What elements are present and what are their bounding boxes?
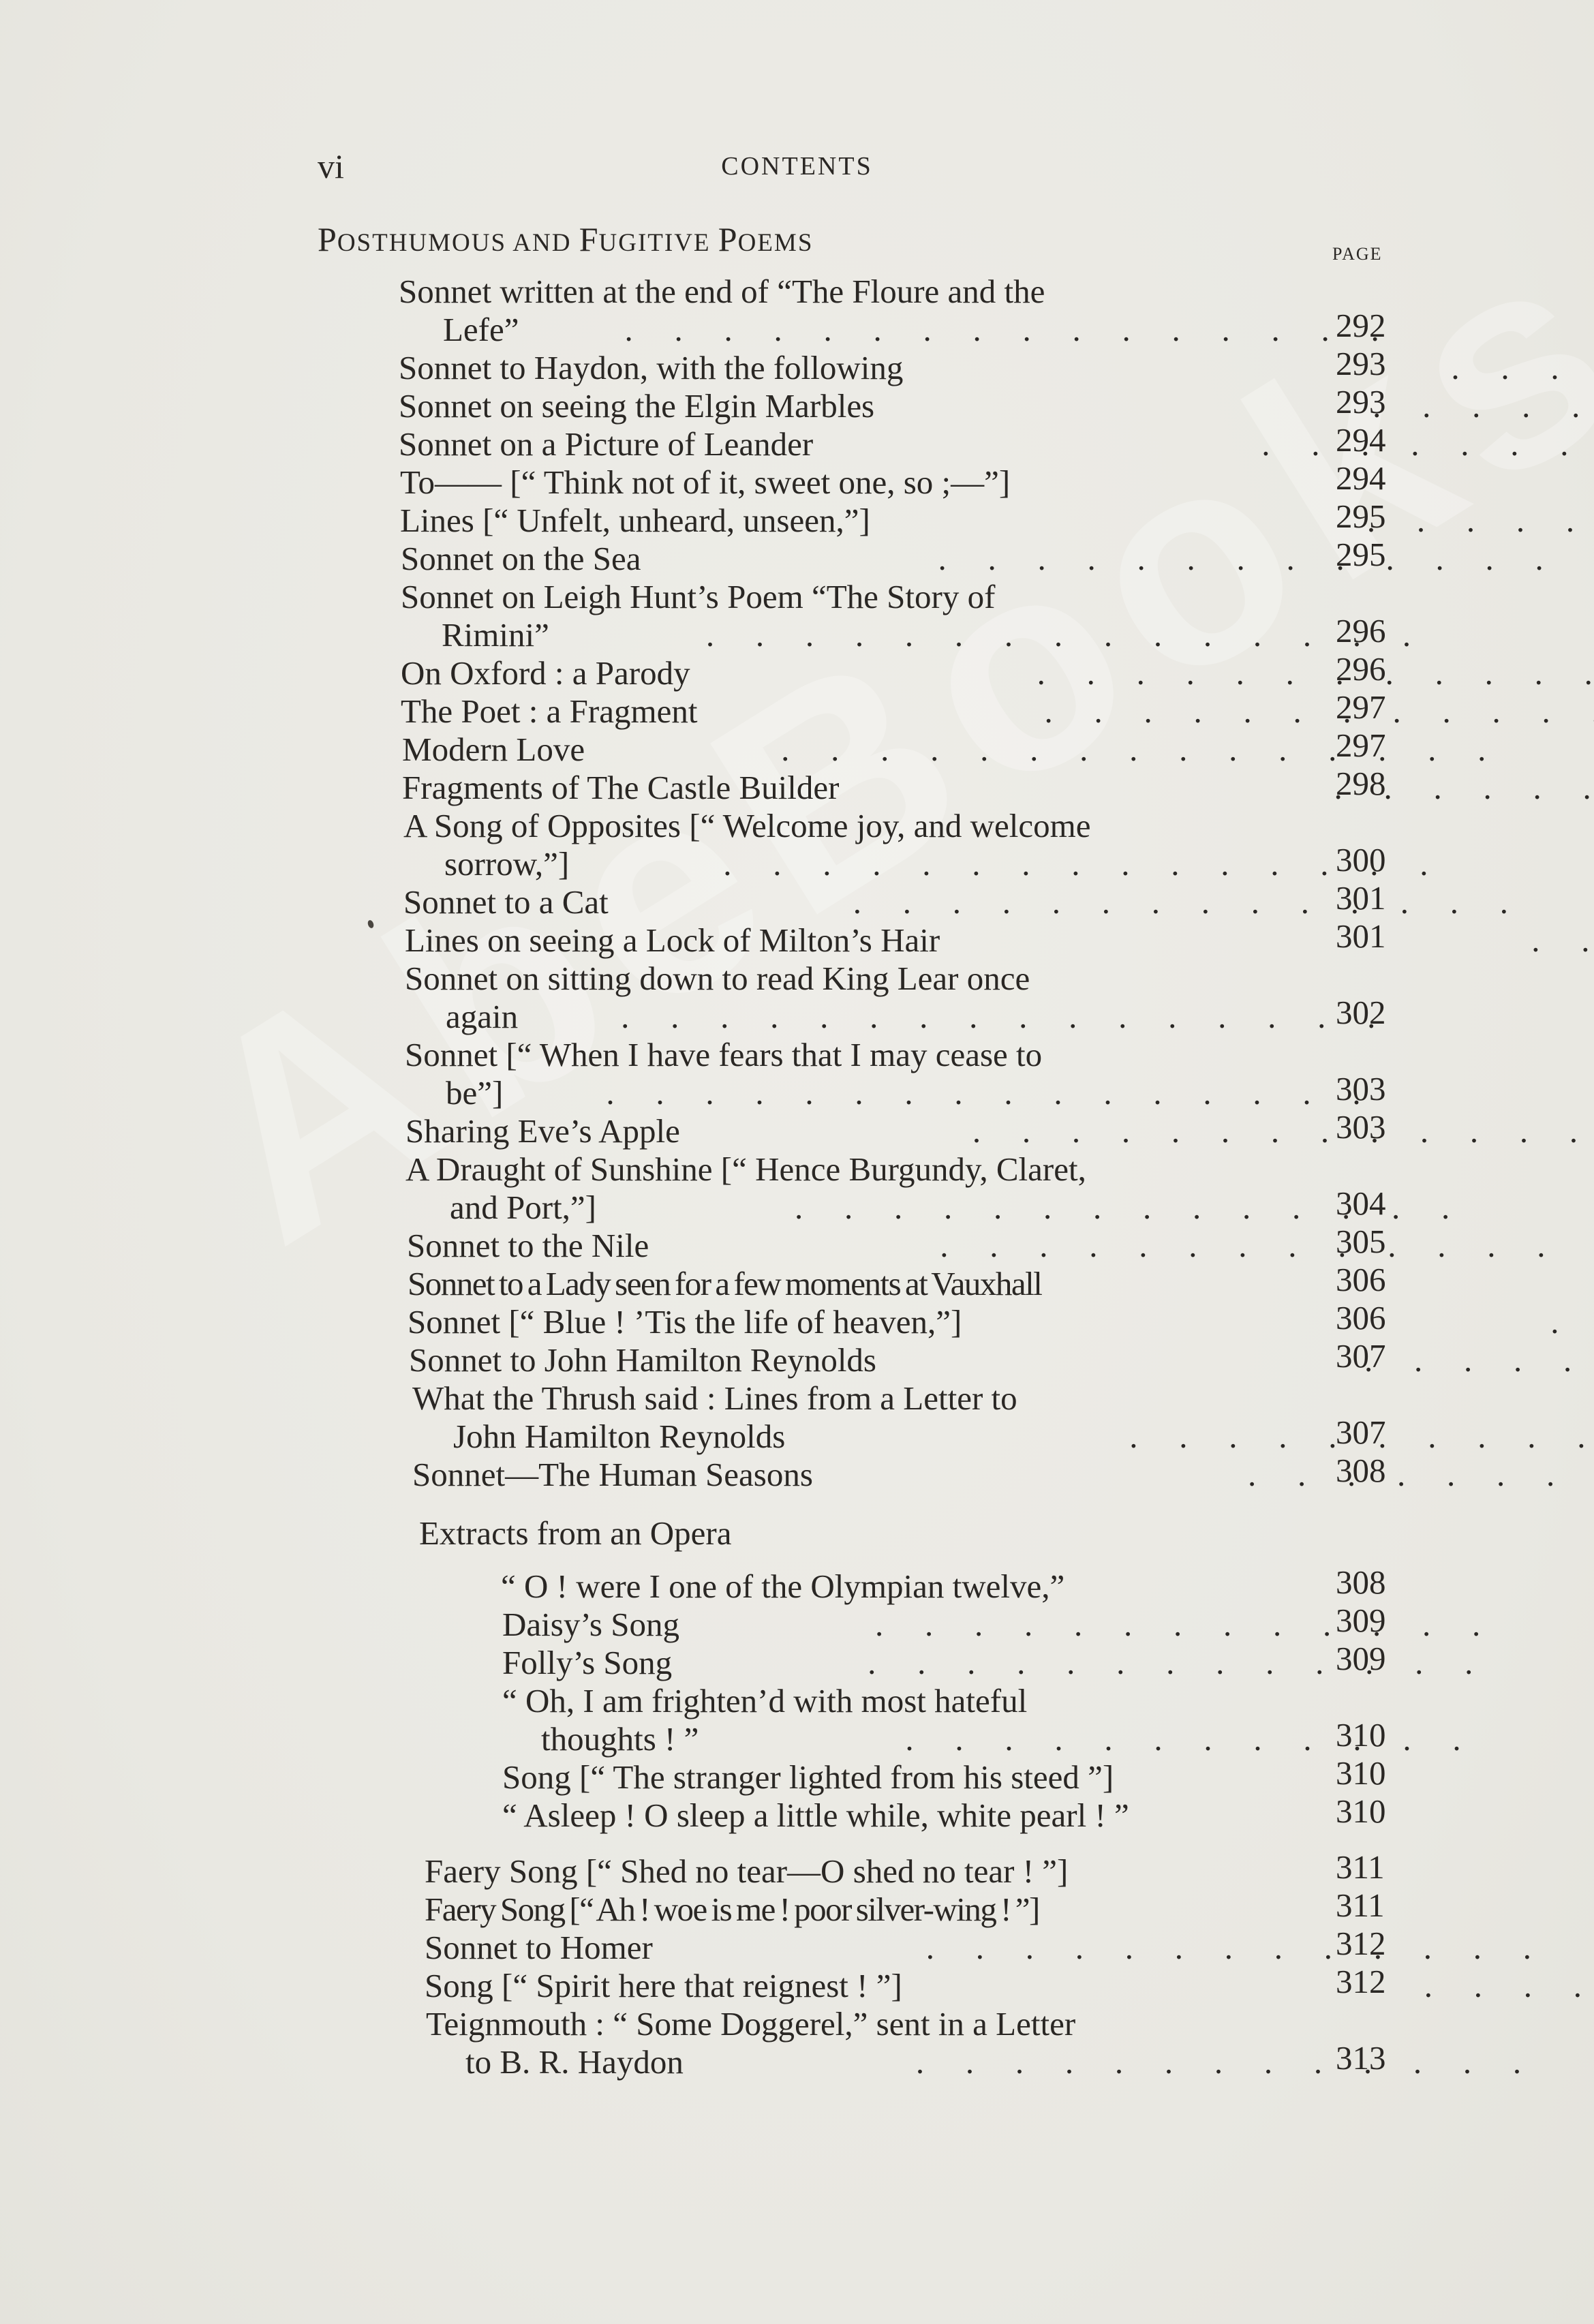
heading-part: P: [718, 220, 738, 258]
toc-entry-continuation: sorrow,”]...............: [444, 845, 569, 883]
toc-page-number: 308: [1336, 1452, 1386, 1490]
toc-entry-title: Sonnet to a Cat..............: [403, 883, 609, 921]
toc-page-number: 309: [1336, 1602, 1386, 1640]
toc-page-number: 301: [1336, 917, 1386, 955]
toc-entry-title: Song [“ Spirit here that reignest ! ”]..…: [425, 1967, 902, 2005]
toc-page-number: 298: [1336, 765, 1386, 803]
toc-entry-title: Sonnet [“ When I have fears that I may c…: [405, 1036, 1042, 1074]
toc-page-number: 313: [1336, 2039, 1386, 2077]
toc-page-number: 303: [1336, 1070, 1386, 1108]
toc-page-number: 310: [1336, 1716, 1386, 1754]
toc-page-number: 306: [1336, 1261, 1386, 1299]
toc-entry-title: Daisy’s Song.............: [502, 1606, 679, 1644]
toc-page-number: 292: [1336, 307, 1386, 345]
toc-entry-title: Sonnet to Haydon, with the following....…: [399, 349, 903, 387]
toc-page-number: 308: [1336, 1563, 1386, 1602]
ink-speck: [367, 919, 375, 929]
toc-entry-title: Sonnet—The Human Seasons..........: [412, 1456, 813, 1494]
toc-page-number: 297: [1336, 688, 1386, 727]
toc-entry-title: Faery Song [“ Shed no tear—O shed no tea…: [425, 1852, 1068, 1891]
toc-entry-title: The Poet : a Fragment............: [401, 692, 697, 731]
toc-page-number: 311: [1336, 1886, 1385, 1925]
toc-page-number: 295: [1336, 536, 1386, 574]
toc-page-number: 312: [1336, 1963, 1386, 2001]
toc-entry-title: A Song of Opposites [“ Welcome joy, and …: [403, 807, 1091, 845]
toc-page-number: 293: [1336, 383, 1386, 421]
toc-page-number: 300: [1336, 841, 1386, 879]
toc-page-number: 309: [1336, 1640, 1386, 1678]
toc-entry-continuation: to B. R. Haydon.............: [465, 2043, 684, 2081]
toc-page-number: 306: [1336, 1299, 1386, 1337]
toc-entry-continuation: be”]................: [446, 1074, 503, 1112]
toc-page-number: 307: [1336, 1413, 1386, 1452]
toc-entry-title: Sonnet on the Sea.............: [401, 540, 641, 578]
toc-page-number: 296: [1336, 650, 1386, 688]
toc-entry-title: Lines [“ Unfelt, unheard, unseen,”].....…: [400, 502, 870, 540]
book-page: AbeBooks vi CONTENTS POSTHUMOUS AND FUGI…: [0, 0, 1594, 2324]
toc-page-number: 312: [1336, 1925, 1386, 1963]
toc-entry-continuation: thoughts ! ”............: [541, 1720, 699, 1758]
page-column-label: PAGE: [1332, 244, 1383, 264]
toc-entry-continuation: Lefe”................: [443, 311, 519, 349]
heading-part: F: [579, 220, 599, 258]
toc-page-number: 311: [1336, 1848, 1385, 1886]
toc-entry-continuation: John Hamilton Reynolds...........: [453, 1418, 785, 1456]
toc-page-number: 304: [1336, 1184, 1386, 1223]
heading-part: P: [318, 220, 337, 258]
heading-part: UGITIVE: [599, 229, 718, 257]
subsection-heading-opera: Extracts from an Opera: [419, 1514, 732, 1553]
toc-page-number: 295: [1336, 498, 1386, 536]
toc-entry-title: Sonnet to the Nile.............: [407, 1227, 649, 1265]
toc-entry-title: Sonnet on sitting down to read King Lear…: [405, 960, 1030, 998]
toc-entry-title: Lines on seeing a Lock of Milton’s Hair.…: [405, 921, 940, 960]
heading-part: OSTHUMOUS AND: [337, 229, 579, 257]
toc-entry-title: A Draught of Sunshine [“ Hence Burgundy,…: [405, 1150, 1086, 1189]
toc-page-number: 305: [1336, 1223, 1386, 1261]
toc-page-number: 296: [1336, 612, 1386, 650]
toc-entry-title: Sonnet to Homer.............: [425, 1929, 653, 1967]
toc-entry-title: Song [“ The stranger lighted from his st…: [502, 1758, 1114, 1796]
toc-entry-title: Sonnet on a Picture of Leander..........: [399, 425, 813, 463]
toc-entry-title: Sonnet written at the end of “The Floure…: [399, 273, 1045, 311]
toc-page-number: 307: [1336, 1337, 1386, 1375]
toc-entry-title: Folly’s Song.............: [502, 1644, 672, 1682]
toc-page-number: 294: [1336, 421, 1386, 459]
toc-entry-continuation: Rimini”...............: [442, 616, 549, 654]
toc-entry-title: “ Asleep ! O sleep a little while, white…: [502, 1796, 1129, 1835]
toc-page-number: 310: [1336, 1754, 1386, 1792]
toc-page-number: 301: [1336, 879, 1386, 917]
toc-entry-title: Fragments of The Castle Builder.........: [402, 769, 839, 807]
toc-entry-title: Sharing Eve’s Apple.............: [405, 1112, 680, 1150]
section-heading: POSTHUMOUS AND FUGITIVE POEMS: [318, 219, 813, 259]
toc-page-number: 302: [1336, 994, 1386, 1032]
toc-entry-title: On Oxford : a Parody............: [401, 654, 690, 692]
toc-entry-title: “ Oh, I am frighten’d with most hateful: [502, 1682, 1027, 1720]
toc-entry-title: Sonnet to John Hamilton Reynolds........…: [409, 1341, 876, 1379]
toc-entry-title: Sonnet [“ Blue ! ’Tis the life of heaven…: [408, 1303, 962, 1341]
toc-entry-continuation: again................: [446, 998, 518, 1036]
running-head: CONTENTS: [0, 151, 1594, 181]
toc-entry-title: Teignmouth : “ Some Doggerel,” sent in a…: [426, 2005, 1075, 2043]
toc-entry-title: To—— [“ Think not of it, sweet one, so ;…: [400, 463, 1010, 502]
toc-page-number: 293: [1336, 345, 1386, 383]
toc-entry-title: Modern Love...............: [402, 731, 585, 769]
toc-entry-title: Sonnet on Leigh Hunt’s Poem “The Story o…: [401, 578, 995, 616]
toc-entry-title: What the Thrush said : Lines from a Lett…: [412, 1379, 1017, 1418]
toc-entry-title: Sonnet to a Lady seen for a few moments …: [408, 1265, 1041, 1303]
toc-page-number: 297: [1336, 727, 1386, 765]
toc-entry-continuation: and Port,”]..............: [450, 1189, 596, 1227]
toc-page-number: 310: [1336, 1792, 1386, 1831]
toc-entry-title: Faery Song [“ Ah ! woe is me ! poor silv…: [425, 1891, 1039, 1929]
toc-page-number: 294: [1336, 459, 1386, 498]
toc-entry-title: “ O ! were I one of the Olympian twelve,…: [501, 1568, 1064, 1606]
heading-part: OEMS: [738, 229, 814, 257]
toc-entry-title: Sonnet on seeing the Elgin Marbles......…: [399, 387, 874, 425]
toc-page-number: 303: [1336, 1108, 1386, 1146]
